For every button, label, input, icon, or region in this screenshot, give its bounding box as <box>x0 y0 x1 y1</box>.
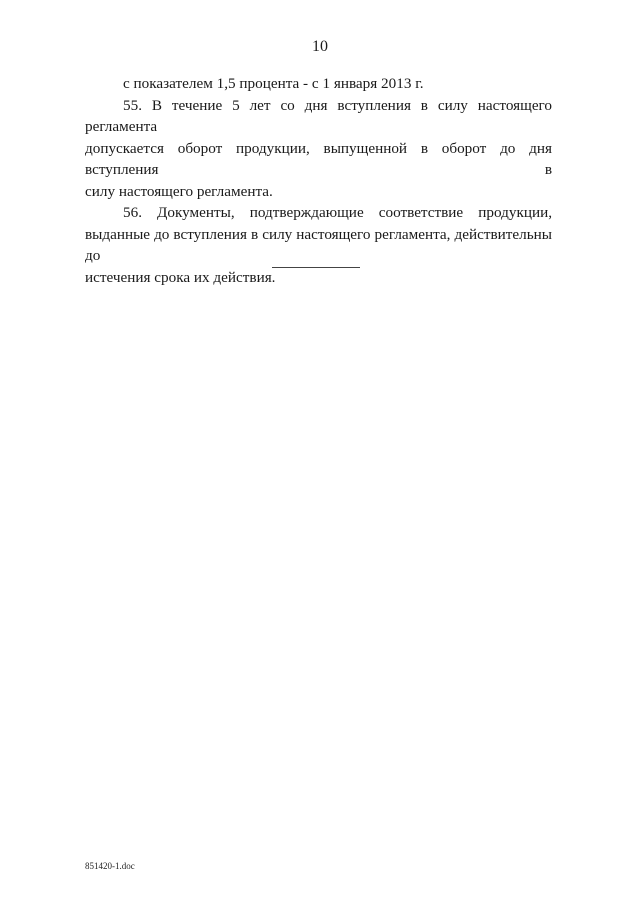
paragraph-56: 56. Документы, подтверждающие соответств… <box>85 202 552 288</box>
text-line: силу настоящего регламента. <box>85 181 552 203</box>
document-body: с показателем 1,5 процента - с 1 января … <box>85 73 552 288</box>
text-line: допускается оборот продукции, выпущенной… <box>85 138 552 181</box>
text-line: выданные до вступления в силу настоящего… <box>85 224 552 267</box>
text-line: с показателем 1,5 процента - с 1 января … <box>85 73 552 95</box>
paragraph-continuation: с показателем 1,5 процента - с 1 января … <box>85 73 552 95</box>
paragraph-55: 55. В течение 5 лет со дня вступления в … <box>85 95 552 203</box>
text-line: истечения срока их действия. <box>85 267 552 289</box>
page-number: 10 <box>0 37 640 57</box>
footer-filename: 851420-1.doc <box>85 860 135 872</box>
text-line: 56. Документы, подтверждающие соответств… <box>85 202 552 224</box>
text-line: 55. В течение 5 лет со дня вступления в … <box>85 95 552 138</box>
closing-divider <box>272 267 360 268</box>
